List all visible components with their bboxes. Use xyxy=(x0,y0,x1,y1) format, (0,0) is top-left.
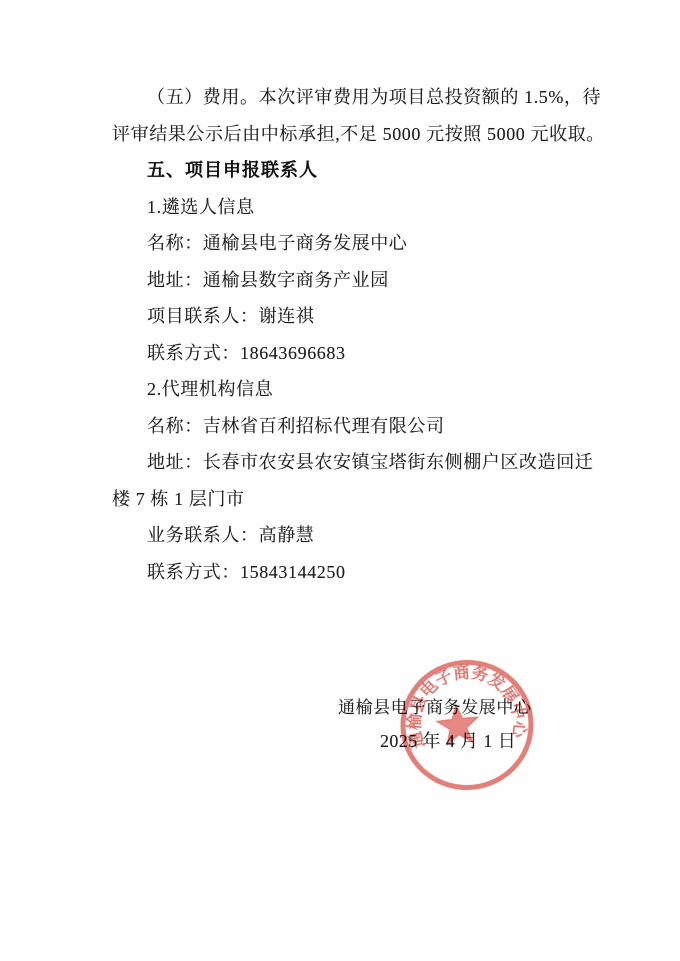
contact-phone-line: 联系方式：18643696683 xyxy=(112,335,592,372)
seal-ring xyxy=(397,656,537,794)
list-item: 1.遴选人信息 xyxy=(112,189,592,226)
agency-address-line-wrap: 楼 7 栋 1 层门市 xyxy=(112,481,592,518)
agency-name-line: 名称：吉林省百利招标代理有限公司 xyxy=(112,408,592,445)
signature-org: 通榆县电子商务发展中心 xyxy=(338,693,532,718)
scanned-document-page: （五）费用。本次评审费用为项目总投资额的 1.5%，待 评审结果公示后由中标承担… xyxy=(0,0,680,961)
contact-name-line: 名称：通榆县电子商务发展中心 xyxy=(112,225,592,262)
agency-address-line: 地址：长春市农安县农安镇宝塔街东侧棚户区改造回迁 xyxy=(112,444,592,481)
document-body: （五）费用。本次评审费用为项目总投资额的 1.5%，待 评审结果公示后由中标承担… xyxy=(112,79,592,590)
agency-phone-line: 联系方式：15843144250 xyxy=(112,554,592,591)
list-item: 2.代理机构信息 xyxy=(112,371,592,408)
paragraph-line: （五）费用。本次评审费用为项目总投资额的 1.5%，待 xyxy=(112,79,592,116)
contact-address-line: 地址：通榆县数字商务产业园 xyxy=(112,262,592,299)
paragraph-line: 评审结果公示后由中标承担,不足 5000 元按照 5000 元收取。 xyxy=(112,116,592,153)
official-seal: 通榆县电子商务发展中心 xyxy=(385,643,550,808)
section-heading: 五、项目申报联系人 xyxy=(112,152,592,189)
signature-date: 2025 年 4 月 1 日 xyxy=(380,727,516,753)
agency-person-line: 业务联系人：高静慧 xyxy=(112,517,592,554)
contact-person-line: 项目联系人：谢连祺 xyxy=(112,298,592,335)
